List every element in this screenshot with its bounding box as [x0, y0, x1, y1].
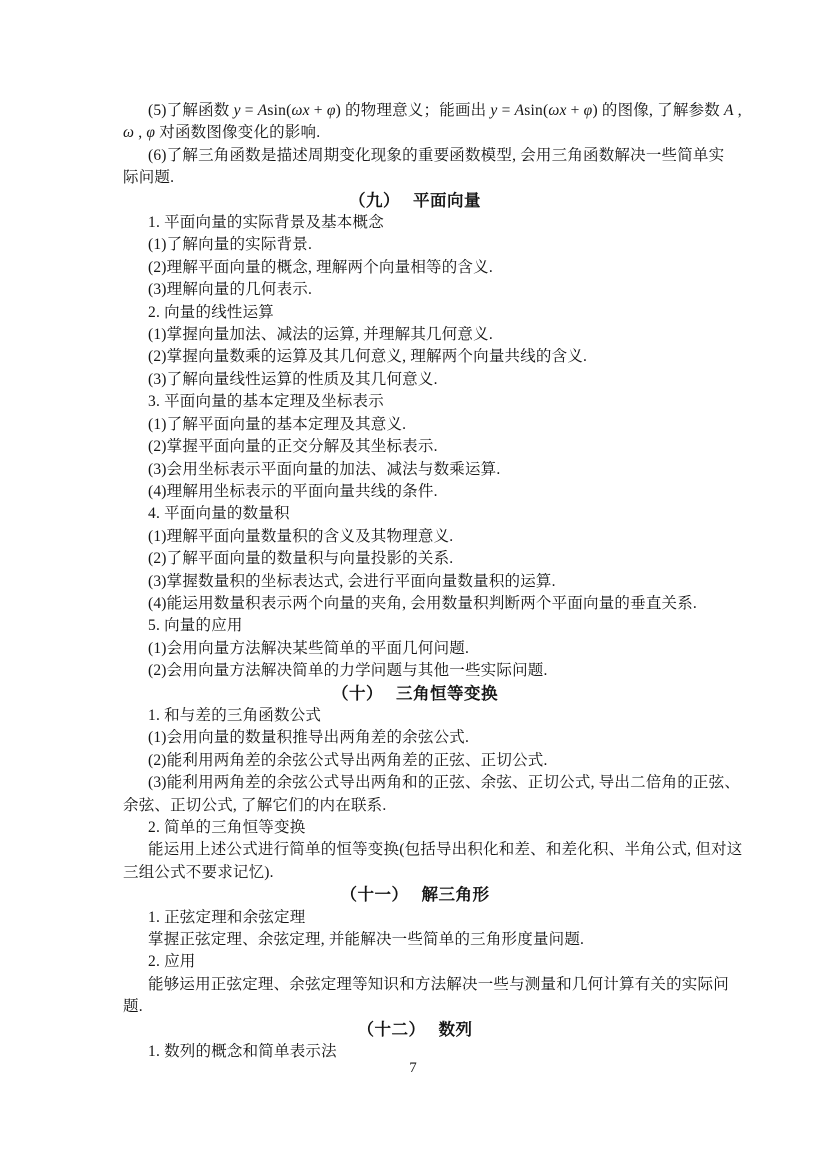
text-segment: =	[241, 102, 258, 119]
section-heading: （九）平面向量	[123, 190, 707, 212]
math-variable: ω	[123, 124, 134, 141]
syllabus-line: (2)掌握平面向量的正交分解及其坐标表示.	[123, 436, 707, 458]
text-segment: ,	[734, 102, 742, 119]
syllabus-line: 1. 平面向量的实际背景及基本概念	[123, 212, 707, 234]
syllabus-line: (1)会用向量方法解决某些简单的平面几何问题.	[123, 638, 707, 660]
text-segment: sin(	[267, 102, 291, 119]
syllabus-line: 余弦、正切公式, 了解它们的内在联系.	[123, 795, 707, 817]
syllabus-line: (5)了解函数 y = Asin(ωx + φ) 的物理意义；能画出 y = A…	[123, 100, 707, 122]
math-variable: φ	[146, 124, 155, 141]
text-segment: ,	[134, 124, 146, 141]
math-variable: φ	[327, 102, 336, 119]
syllabus-line: 5. 向量的应用	[123, 615, 707, 637]
section-heading-number: （十二）	[358, 1021, 426, 1039]
syllabus-line: (1)了解向量的实际背景.	[123, 234, 707, 256]
section-heading: （十）三角恒等变换	[123, 683, 707, 705]
syllabus-line: (1)了解平面向量的基本定理及其意义.	[123, 414, 707, 436]
syllabus-line: 2. 简单的三角恒等变换	[123, 817, 707, 839]
syllabus-line: (1)掌握向量加法、减法的运算, 并理解其几何意义.	[123, 324, 707, 346]
section-heading: （十二）数列	[123, 1019, 707, 1041]
section-heading-number: （十）	[332, 685, 383, 703]
section-heading-title: 平面向量	[413, 192, 481, 210]
syllabus-line: 能运用上述公式进行简单的恒等变换(包括导出积化和差、和差化积、半角公式, 但对这	[123, 839, 707, 861]
syllabus-line: (3)能利用两角差的余弦公式导出两角和的正弦、余弦、正切公式, 导出二倍角的正弦…	[123, 772, 707, 794]
syllabus-line: 3. 平面向量的基本定理及坐标表示	[123, 391, 707, 413]
syllabus-line: (1)理解平面向量数量积的含义及其物理意义.	[123, 526, 707, 548]
syllabus-line: (6)了解三角函数是描述周期变化现象的重要函数模型, 会用三角函数解决一些简单实	[123, 145, 707, 167]
text-segment: 的物理意义；能画出	[341, 102, 490, 119]
math-variable: A	[258, 102, 268, 119]
text-segment: 的图像, 了解参数	[598, 102, 724, 119]
section-heading-number: （十一）	[341, 886, 409, 904]
syllabus-line: 1. 正弦定理和余弦定理	[123, 907, 707, 929]
document-lines: (5)了解函数 y = Asin(ωx + φ) 的物理意义；能画出 y = A…	[123, 100, 707, 1063]
syllabus-line: (3)理解向量的几何表示.	[123, 279, 707, 301]
section-heading-title: 数列	[439, 1021, 473, 1039]
section-heading: （十一）解三角形	[123, 884, 707, 906]
text-segment: sin(	[524, 102, 548, 119]
syllabus-line: 际问题.	[123, 167, 707, 189]
syllabus-line: 题.	[123, 996, 707, 1018]
syllabus-line: 2. 向量的线性运算	[123, 302, 707, 324]
syllabus-line: 4. 平面向量的数量积	[123, 503, 707, 525]
math-variable: y	[234, 102, 241, 119]
math-variable: A	[515, 102, 525, 119]
text-segment: +	[567, 102, 584, 119]
section-heading-title: 解三角形	[422, 886, 490, 904]
document-page: (5)了解函数 y = Asin(ωx + φ) 的物理意义；能画出 y = A…	[0, 0, 826, 1169]
text-segment: =	[498, 102, 515, 119]
syllabus-line: (4)理解用坐标表示的平面向量共线的条件.	[123, 481, 707, 503]
syllabus-line: (3)会用坐标表示平面向量的加法、减法与数乘运算.	[123, 459, 707, 481]
text-segment: 对函数图像变化的影响.	[155, 124, 320, 141]
math-variable: A	[724, 102, 734, 119]
syllabus-line: (4)能运用数量积表示两个向量的夹角, 会用数量积判断两个平面向量的垂直关系.	[123, 593, 707, 615]
syllabus-line: 2. 应用	[123, 951, 707, 973]
syllabus-line: 三组公式不要求记忆).	[123, 862, 707, 884]
syllabus-line: (3)了解向量线性运算的性质及其几何意义.	[123, 369, 707, 391]
section-heading-number: （九）	[349, 192, 400, 210]
syllabus-line: (1)会用向量的数量积推导出两角差的余弦公式.	[123, 727, 707, 749]
text-segment: +	[310, 102, 327, 119]
syllabus-line: (2)理解平面向量的概念, 理解两个向量相等的含义.	[123, 257, 707, 279]
math-variable: ωx	[291, 102, 309, 119]
syllabus-line: (2)能利用两角差的余弦公式导出两角差的正弦、正切公式.	[123, 750, 707, 772]
math-variable: ωx	[548, 102, 566, 119]
syllabus-line: ω , φ 对函数图像变化的影响.	[123, 122, 707, 144]
syllabus-line: (2)掌握向量数乘的运算及其几何意义, 理解两个向量共线的含义.	[123, 346, 707, 368]
syllabus-line: (2)会用向量方法解决简单的力学问题与其他一些实际问题.	[123, 660, 707, 682]
text-segment: (5)了解函数	[148, 102, 234, 119]
syllabus-line: (3)掌握数量积的坐标表达式, 会进行平面向量数量积的运算.	[123, 571, 707, 593]
page-number: 7	[0, 1057, 826, 1079]
section-heading-title: 三角恒等变换	[396, 685, 498, 703]
math-variable: y	[490, 102, 497, 119]
syllabus-line: 1. 和与差的三角函数公式	[123, 705, 707, 727]
syllabus-line: 能够运用正弦定理、余弦定理等知识和方法解决一些与测量和几何计算有关的实际问	[123, 974, 707, 996]
syllabus-line: 掌握正弦定理、余弦定理, 并能解决一些简单的三角形度量问题.	[123, 929, 707, 951]
syllabus-line: (2)了解平面向量的数量积与向量投影的关系.	[123, 548, 707, 570]
